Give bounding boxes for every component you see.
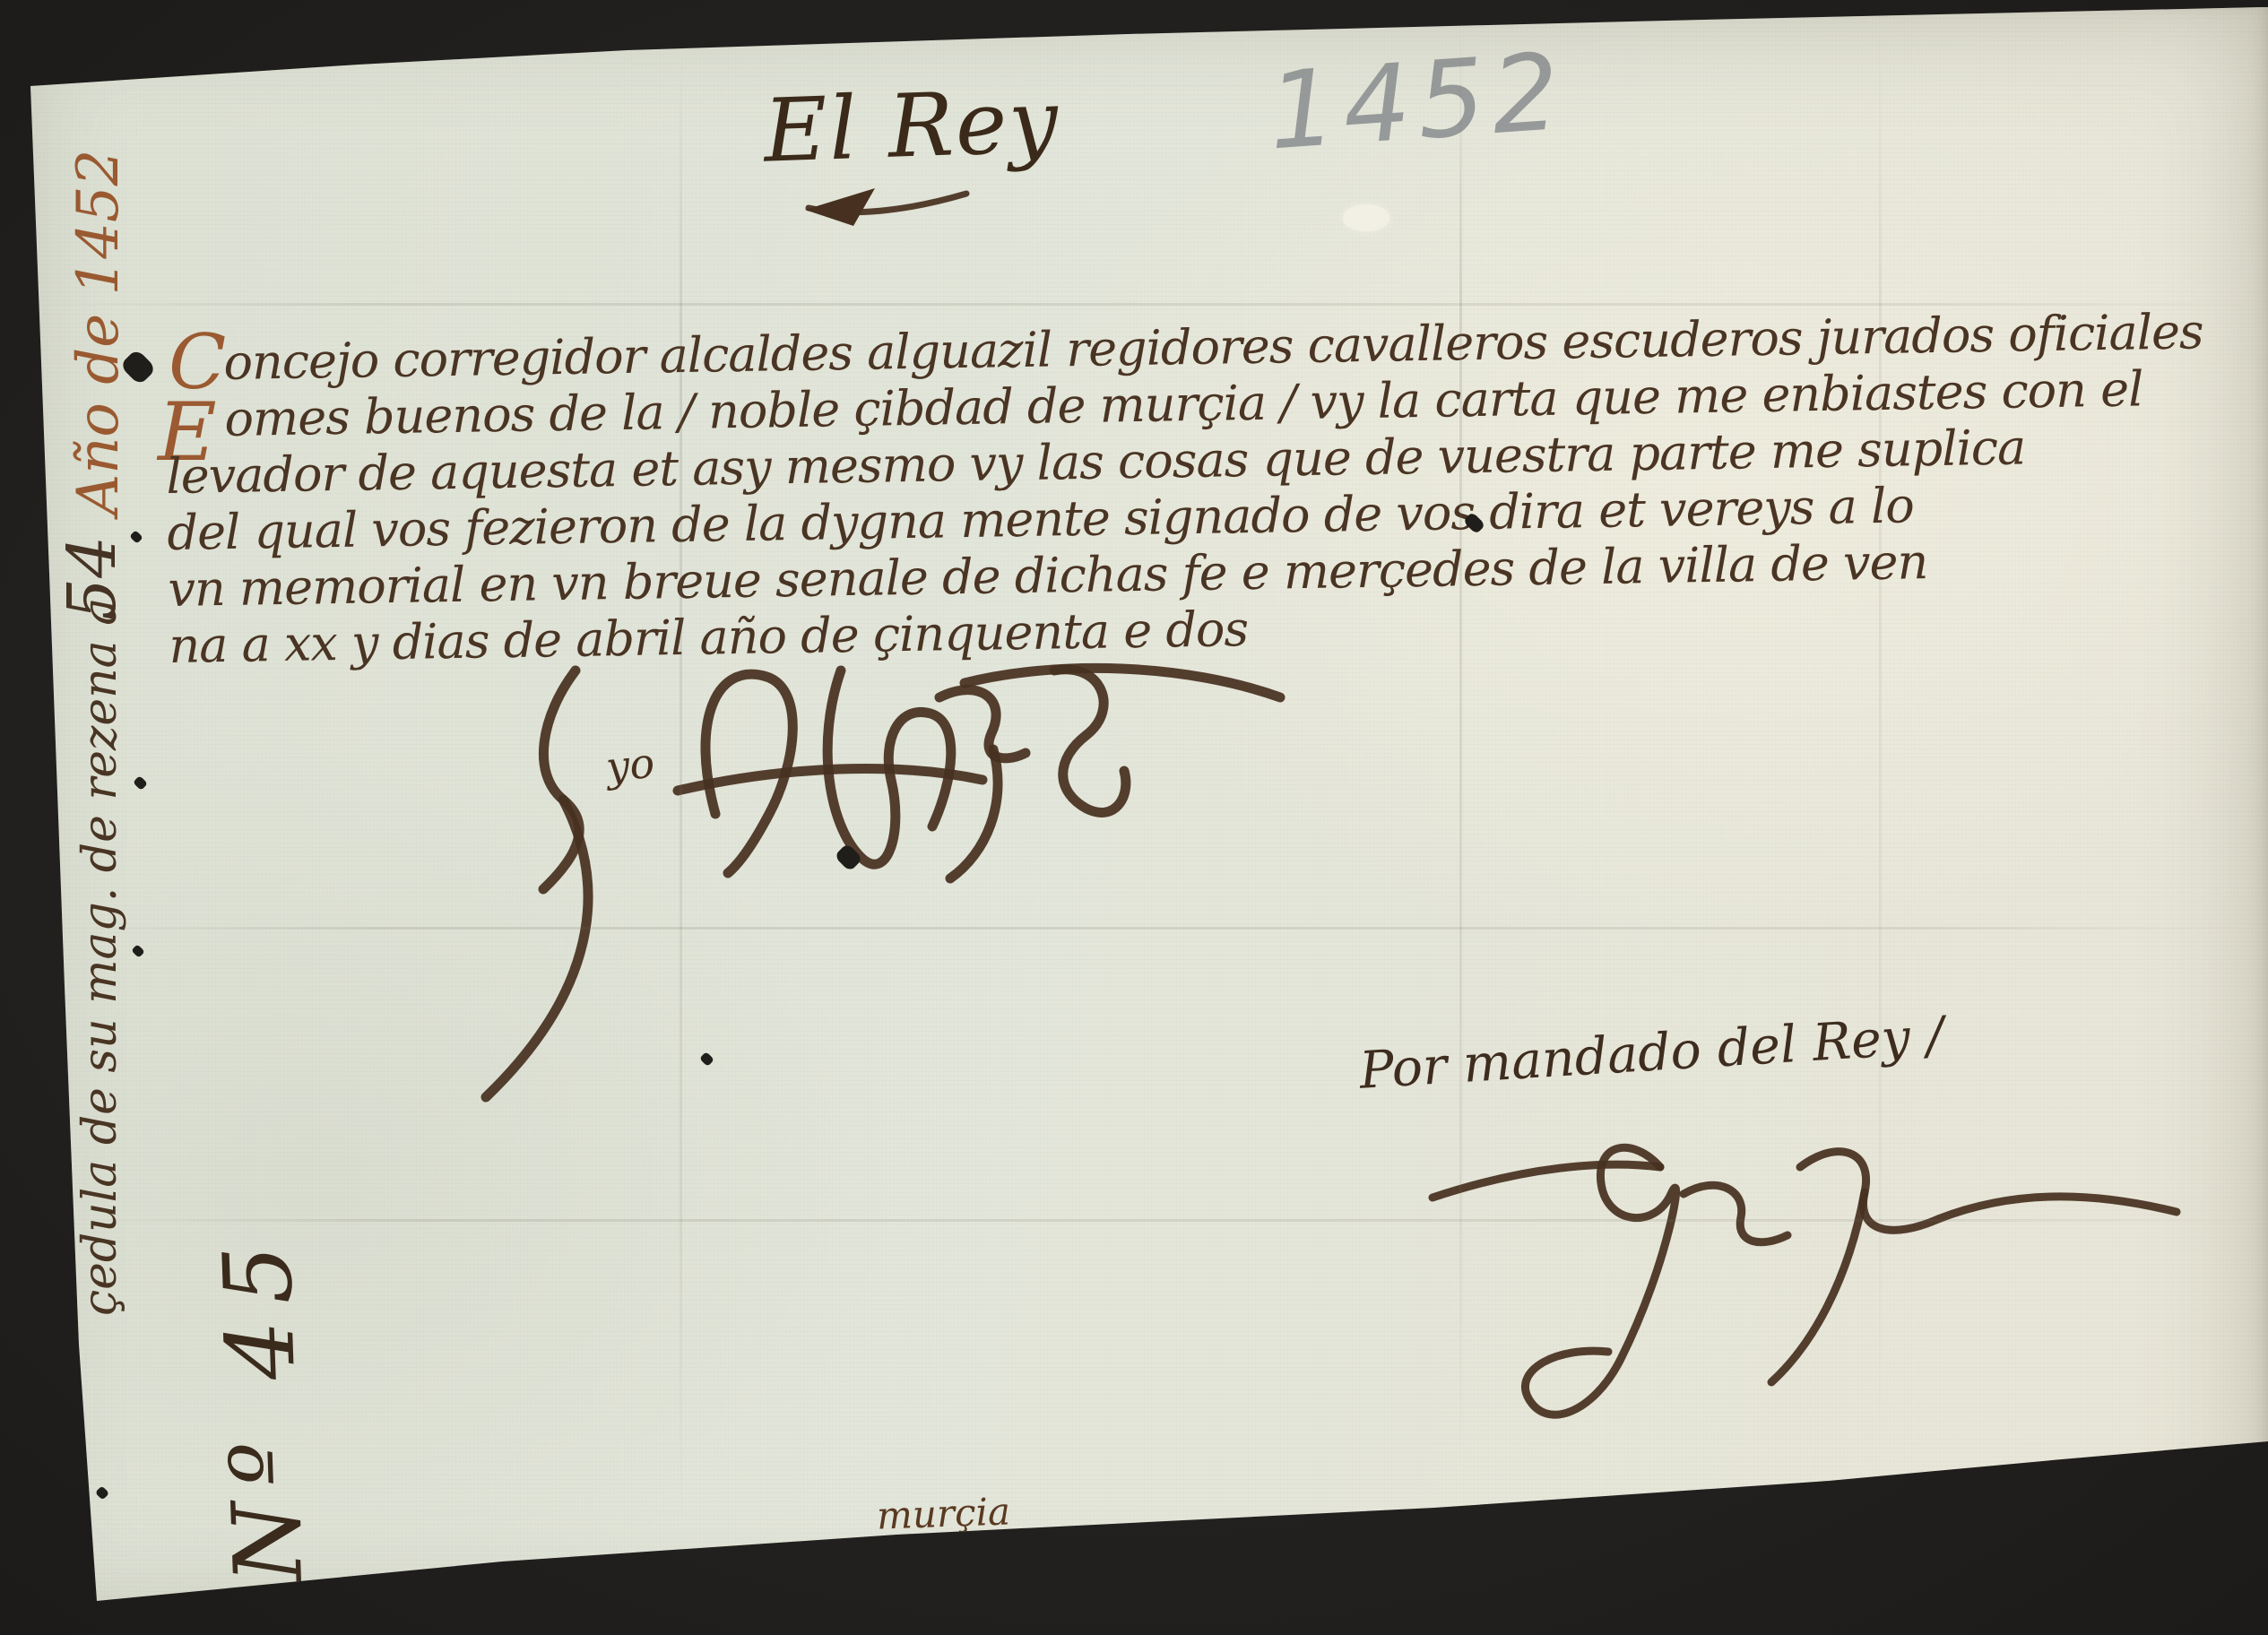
ink-flourishes: yo: [0, 0, 2268, 1635]
paper-repair-patch: [1343, 204, 1389, 231]
wormhole: [699, 1051, 714, 1067]
wormhole: [129, 530, 143, 544]
manuscript-photo: 1452 El Rey C E oncejo corregidor alcald…: [0, 0, 2268, 1635]
paper-edge-shading: [0, 0, 2268, 1635]
fold-crease-vertical: [680, 54, 682, 1524]
wormhole: [834, 843, 863, 872]
fold-crease-vertical: [1459, 11, 1462, 1472]
royal-sign-yo: yo: [602, 739, 657, 792]
secretary-rubric: [1433, 1147, 2177, 1414]
paper-sheet: 1452 El Rey C E oncejo corregidor alcald…: [0, 0, 2268, 1635]
heading-flourish: [805, 188, 966, 226]
letter-body: oncejo corregidor alcaldes alguazil regi…: [164, 302, 2268, 674]
fold-crease-vertical: [1879, 27, 1882, 1452]
wormhole: [95, 1485, 109, 1500]
fold-crease-horizontal: [54, 927, 2259, 930]
wormhole: [133, 775, 148, 791]
margin-red-year-annotation: Año de 1452: [70, 150, 127, 515]
pencil-year-annotation: 1452: [1265, 30, 1571, 174]
fold-crease-horizontal: [72, 1219, 2259, 1222]
by-order-of-king-text: Por mandado del Rey /: [1358, 1006, 1945, 1101]
heading-el-rey: El Rey: [762, 70, 1061, 181]
margin-number-annotation: Nº 45: [210, 1227, 316, 1585]
wormhole: [131, 944, 145, 958]
margin-cedula-annotation: çedula de su mag. de rezena a: [77, 598, 124, 1316]
fold-crease-horizontal: [36, 303, 2259, 306]
bottom-docket-word: murçia: [876, 1489, 1011, 1537]
royal-signature-paraph: yo: [486, 668, 1280, 1097]
